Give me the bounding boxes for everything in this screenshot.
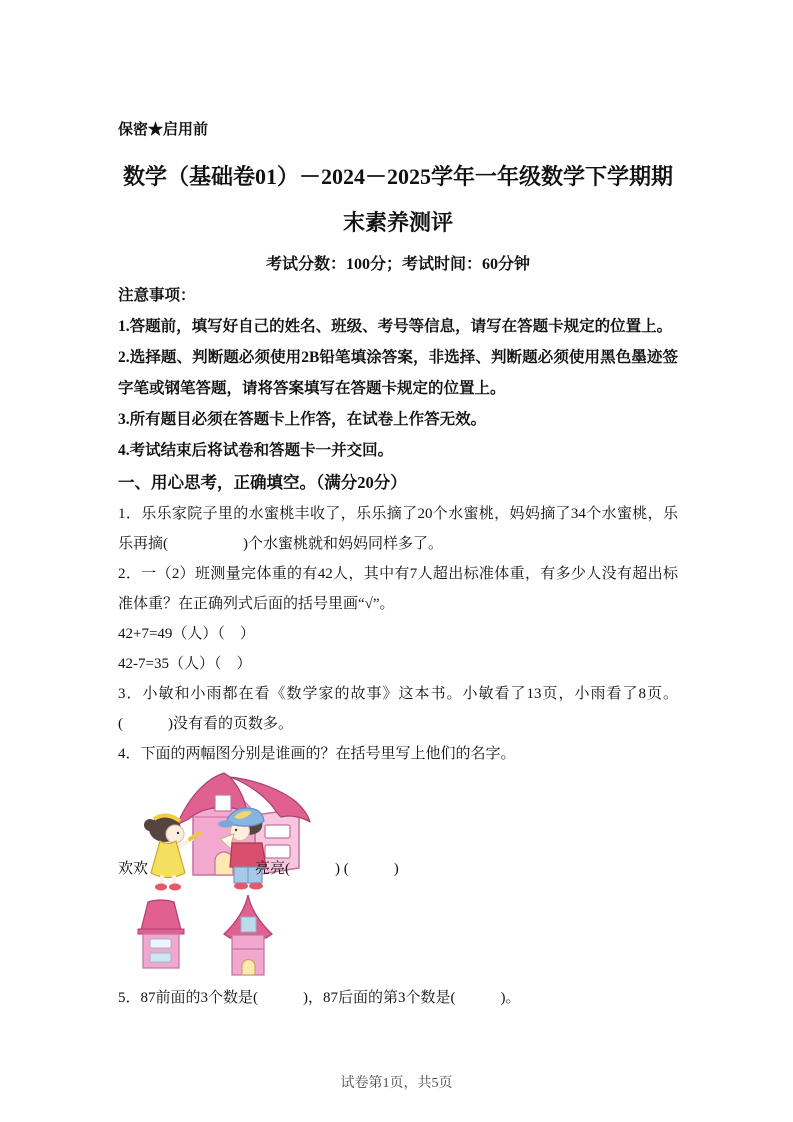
page-footer: 试卷第1页，共5页 xyxy=(0,1072,793,1092)
question-1: 1．乐乐家院子里的水蜜桃丰收了，乐乐摘了20个水蜜桃，妈妈摘了34个水蜜桃，乐乐… xyxy=(118,499,678,559)
page-content: 保密★启用前 数学（基础卷01）－2024－2025学年一年级数学下学期期末素养… xyxy=(118,120,678,1013)
question-4: 4．下面的两幅图分别是谁画的？在括号里写上他们的名字。 xyxy=(118,739,678,769)
flat-roof-house-icon xyxy=(133,897,189,971)
question-2-option-2: 42-7=35（人）（ ） xyxy=(118,649,678,679)
boy-icon xyxy=(216,805,278,893)
steeple-house-icon xyxy=(222,893,274,981)
note-item-2: 2.选择题、判断题必须使用2B铅笔填涂答案，非选择、判断题必须使用黑色墨迹签字笔… xyxy=(118,342,678,404)
question-5: 5．87前面的3个数是( )，87后面的第3个数是( )。 xyxy=(118,983,678,1013)
exam-notes: 注意事项： 1.答题前，填写好自己的姓名、班级、考号等信息，请写在答题卡规定的位… xyxy=(118,280,678,466)
label-huanhuan: 欢欢 xyxy=(118,857,148,878)
question-3: 3．小敏和小雨都在看《数学家的故事》这本书。小敏看了13页，小雨看了8页。( )… xyxy=(118,679,678,739)
question-2-option-1: 42+7=49（人）（ ） xyxy=(118,619,678,649)
notes-heading: 注意事项： xyxy=(118,280,678,311)
exam-paper-page: 保密★启用前 数学（基础卷01）－2024－2025学年一年级数学下学期期末素养… xyxy=(0,0,793,1122)
security-notice: 保密★启用前 xyxy=(118,120,678,140)
label-liangliang-blanks: 亮亮( ) ( ) xyxy=(255,857,399,878)
exam-info-line: 考试分数：100分；考试时间：60分钟 xyxy=(118,250,678,280)
question-4-figure: 欢欢 亮亮( ) ( ) xyxy=(118,769,678,893)
note-item-3: 3.所有题目必须在答题卡上作答，在试卷上作答无效。 xyxy=(118,404,678,435)
question-2: 2．一（2）班测量完体重的有42人，其中有7人超出标准体重，有多少人没有超出标准… xyxy=(118,559,678,619)
note-item-1: 1.答题前，填写好自己的姓名、班级、考号等信息，请写在答题卡规定的位置上。 xyxy=(118,311,678,342)
section1-heading: 一、用心思考，正确填空。（满分20分） xyxy=(118,466,678,499)
girl-icon xyxy=(138,813,206,891)
page-title: 数学（基础卷01）－2024－2025学年一年级数学下学期期末素养测评 xyxy=(118,154,678,246)
question-4-drawings xyxy=(118,893,678,983)
note-item-4: 4.考试结束后将试卷和答题卡一并交回。 xyxy=(118,435,678,466)
